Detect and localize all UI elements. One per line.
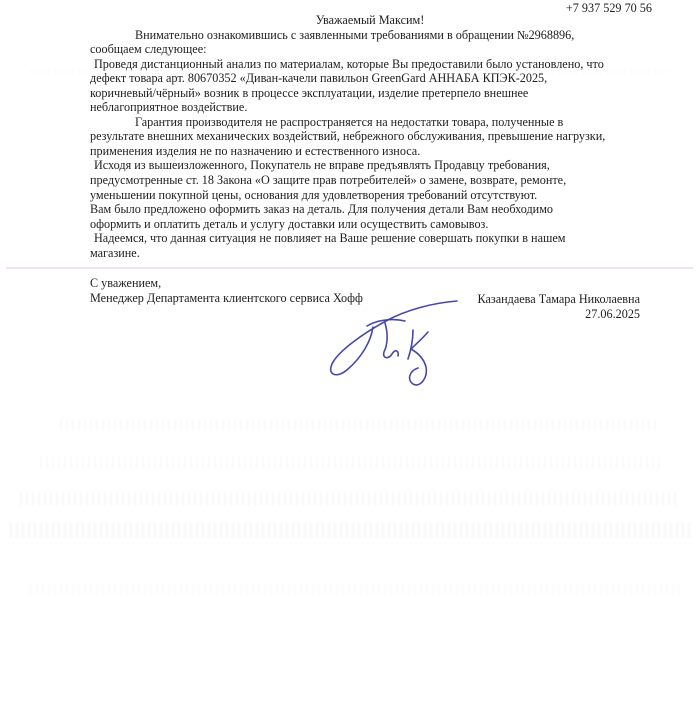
letter-line: сообщаем следующее: <box>90 42 650 57</box>
scan-noise <box>20 492 680 506</box>
letter-line: предусмотренные ст. 18 Закона «О защите … <box>90 173 650 188</box>
signature-stroke <box>331 301 457 375</box>
letter-document: +7 937 529 70 56 Уважаемый Максим! Внима… <box>0 0 700 707</box>
closing-regards: С уважением, <box>90 276 363 291</box>
letter-line: применения изделия не по назначению и ес… <box>90 144 650 159</box>
signature-stroke <box>408 330 413 359</box>
closing-right-block: Казандаева Тамара Николаевна 27.06.2025 <box>478 292 640 322</box>
scan-noise <box>30 585 680 595</box>
letter-line: Вам было предложено оформить заказ на де… <box>90 202 650 217</box>
scan-noise <box>60 420 660 430</box>
letter-salutation: Уважаемый Максим! <box>90 13 650 28</box>
scan-noise <box>40 456 660 468</box>
letter-line: магазине. <box>90 246 650 261</box>
letter-line: Исходя из вышеизложенного, Покупатель не… <box>90 158 650 173</box>
handwritten-signature-icon <box>312 298 472 398</box>
letter-line: Проведя дистанционный анализ по материал… <box>90 57 650 72</box>
letter-line: коричневый/чёрный» возник в процессе экс… <box>90 86 650 101</box>
letter-line: Внимательно ознакомившись с заявленными … <box>90 28 650 43</box>
letter-date: 27.06.2025 <box>478 307 640 322</box>
letter-line: Гарантия производителя не распространяет… <box>90 115 650 130</box>
signer-name: Казандаева Тамара Николаевна <box>478 292 640 307</box>
divider-line <box>6 267 693 269</box>
letter-line: неблагоприятное воздействие. <box>90 100 650 115</box>
scan-noise <box>10 522 690 538</box>
letter-line: уменьшении покупной цены, основания для … <box>90 188 650 203</box>
letter-body: Уважаемый Максим! Внимательно ознакомивш… <box>90 13 650 260</box>
signature-stroke <box>384 323 399 358</box>
letter-line: дефект товара арт. 80670352 «Диван-качел… <box>90 71 650 86</box>
letter-line: Надеемся, что данная ситуация не повлияе… <box>90 231 650 246</box>
letter-line: оформить и оплатить деталь и услугу дост… <box>90 217 650 232</box>
letter-line: результате внешних механических воздейст… <box>90 129 650 144</box>
